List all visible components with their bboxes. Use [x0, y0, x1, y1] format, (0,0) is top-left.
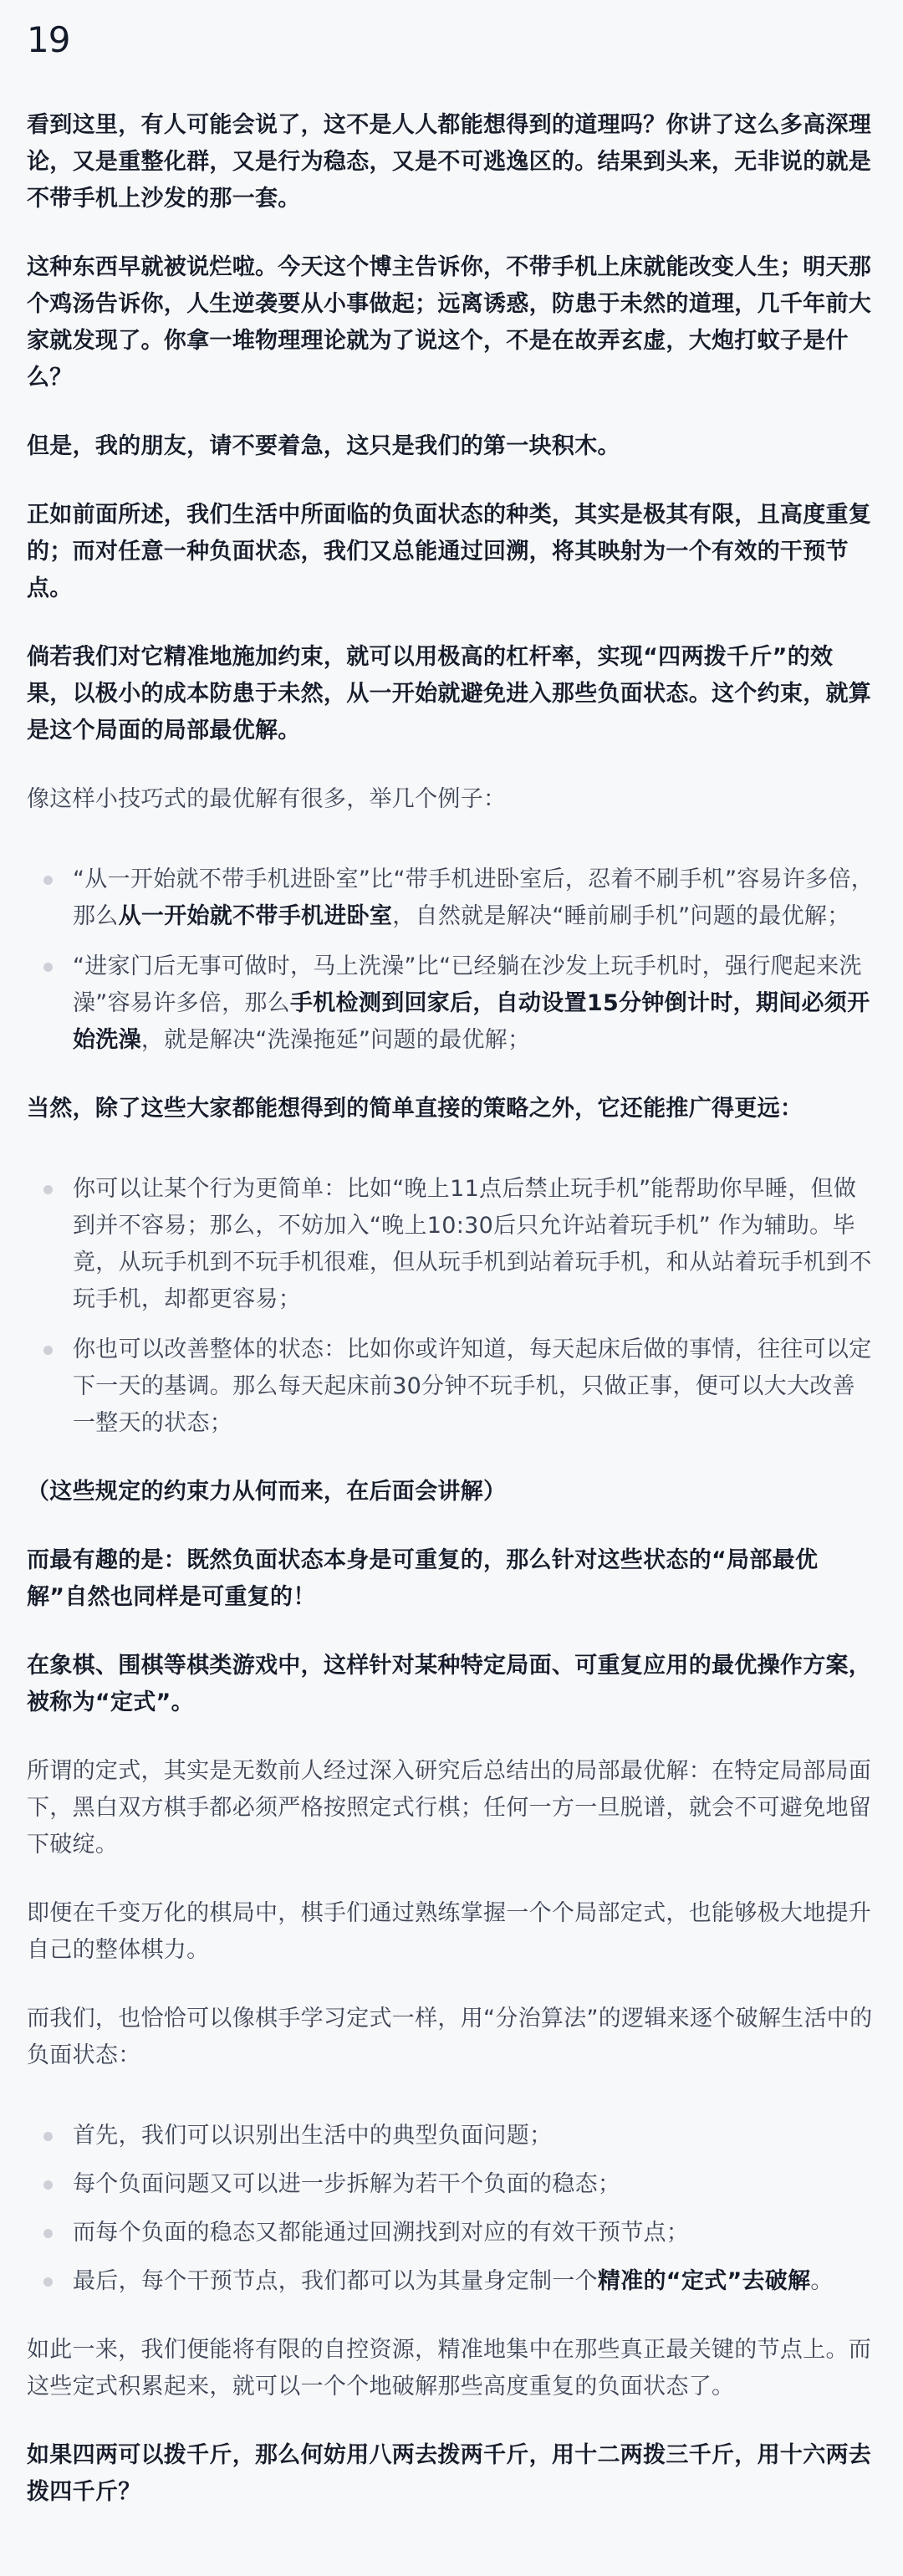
list-item-bold-text: 从一开始就不带手机进卧室 — [119, 903, 393, 929]
list-item-text: ，就是解决“洗澡拖延”问题的最优解； — [141, 1027, 530, 1053]
paragraph-limited-states: 正如前面所述，我们生活中所面临的负面状态的种类，其实是极其有限，且高度重复的；而… — [27, 497, 876, 607]
bullet-dot-icon — [43, 2180, 53, 2190]
bullet-dot-icon — [43, 2277, 53, 2287]
list-item-text: 首先，我们可以识别出生活中的典型负面问题； — [73, 2123, 552, 2149]
list-item-text: 而每个负面的稳态又都能通过回溯找到对应的有效干预节点； — [73, 2220, 689, 2246]
examples-list: “从一开始就不带手机进卧室”比“带手机进卧室后，忍着不刷手机”容易许多倍，那么从… — [27, 861, 876, 1059]
list-item: 你可以让某个行为更简单：比如“晚上11点后禁止玩手机”能帮助你早睡，但做到并不容… — [27, 1171, 876, 1318]
bullet-dot-icon — [43, 1185, 53, 1194]
extension-list: 你可以让某个行为更简单：比如“晚上11点后禁止玩手机”能帮助你早睡，但做到并不容… — [27, 1171, 876, 1442]
steps-list: 首先，我们可以识别出生活中的典型负面问题； 每个负面问题又可以进一步拆解为若干个… — [27, 2118, 876, 2300]
paragraph-extension-intro: 当然，除了这些大家都能想得到的简单直接的策略之外，它还能推广得更远： — [27, 1091, 876, 1127]
list-item-text: 你也可以改善整体的状态：比如你或许知道，每天起床后做的事情，往往可以定下一天的基… — [73, 1337, 872, 1436]
paragraph-examples-intro: 像这样小技巧式的最优解有很多，举几个例子： — [27, 781, 876, 818]
bullet-dot-icon — [43, 2229, 53, 2238]
bullet-dot-icon — [43, 2132, 53, 2141]
list-item-text: 。 — [810, 2268, 833, 2294]
paragraph-joseki-definition: 在象棋、围棋等棋类游戏中，这样针对某种特定局面、可重复应用的最优操作方案，被称为… — [27, 1648, 876, 1721]
bullet-dot-icon — [43, 963, 53, 972]
paragraph-objection: 看到这里，有人可能会说了，这不是人人都能想得到的道理吗？你讲了这么多高深理论，又… — [27, 107, 876, 217]
paragraph-repeatable: 而最有趣的是：既然负面状态本身是可重复的，那么针对这些状态的“局部最优解”自然也… — [27, 1542, 876, 1616]
paragraph-constraint-note: （这些规定的约束力从何而来，在后面会讲解） — [27, 1474, 876, 1510]
list-item: 首先，我们可以识别出生活中的典型负面问题； — [27, 2118, 876, 2154]
article: 19 看到这里，有人可能会说了，这不是人人都能想得到的道理吗？你讲了这么多高深理… — [27, 18, 876, 2511]
paragraph-chess-strength: 即便在千变万化的棋局中，棋手们通过熟练掌握一个个局部定式，也能够极大地提升自己的… — [27, 1895, 876, 1969]
list-item: 而每个负面的稳态又都能通过回溯找到对应的有效干预节点； — [27, 2215, 876, 2251]
paragraph-leverage: 倘若我们对它精准地施加约束，就可以用极高的杠杆率，实现“四两拨千斤”的效果，以极… — [27, 639, 876, 749]
bullet-dot-icon — [43, 1346, 53, 1355]
paragraph-first-block: 但是，我的朋友，请不要着急，这只是我们的第一块积木。 — [27, 428, 876, 465]
paragraph-cliche: 这种东西早就被说烂啦。今天这个博主告诉你，不带手机上床就能改变人生；明天那个鸡汤… — [27, 249, 876, 396]
list-item-bold-text: 精准的“定式”去破解 — [598, 2268, 811, 2294]
paragraph-closing-question: 如果四两可以拨千斤，那么何妨用八两去拨两千斤，用十二两拨三千斤，用十六两去拨四千… — [27, 2437, 876, 2511]
paragraph-divide-conquer: 而我们，也恰恰可以像棋手学习定式一样，用“分治算法”的逻辑来逐个破解生活中的负面… — [27, 2001, 876, 2074]
list-item-text: 每个负面问题又可以进一步拆解为若干个负面的稳态； — [73, 2171, 620, 2197]
paragraph-joseki-explained: 所谓的定式，其实是无数前人经过深入研究后总结出的局部最优解：在特定局部局面下，黑… — [27, 1753, 876, 1863]
list-item-text: 最后，每个干预节点，我们都可以为其量身定制一个 — [73, 2268, 598, 2294]
section-number-title: 19 — [27, 18, 876, 62]
list-item: 每个负面问题又可以进一步拆解为若干个负面的稳态； — [27, 2166, 876, 2203]
list-item: 最后，每个干预节点，我们都可以为其量身定制一个精准的“定式”去破解。 — [27, 2263, 876, 2300]
list-item-text: ，自然就是解决“睡前刷手机”问题的最优解； — [392, 903, 849, 929]
list-item: “从一开始就不带手机进卧室”比“带手机进卧室后，忍着不刷手机”容易许多倍，那么从… — [27, 861, 876, 935]
bullet-dot-icon — [43, 876, 53, 885]
paragraph-conclusion: 如此一来，我们便能将有限的自控资源，精准地集中在那些真正最关键的节点上。而这些定… — [27, 2332, 876, 2405]
list-item: “进家门后无事可做时，马上洗澡”比“已经躺在沙发上玩手机时，强行爬起来洗澡”容易… — [27, 948, 876, 1059]
list-item-text: 你可以让某个行为更简单：比如“晚上11点后禁止玩手机”能帮助你早睡，但做到并不容… — [73, 1176, 872, 1312]
list-item: 你也可以改善整体的状态：比如你或许知道，每天起床后做的事情，往往可以定下一天的基… — [27, 1331, 876, 1442]
